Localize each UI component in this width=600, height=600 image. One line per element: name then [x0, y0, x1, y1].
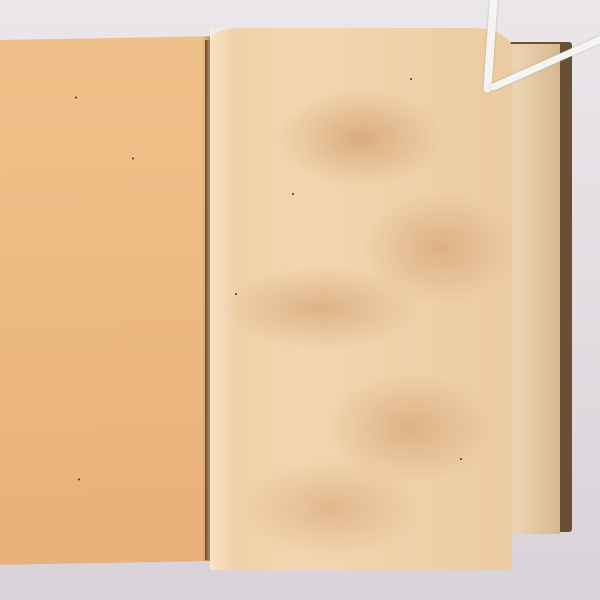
- book-photo: [0, 0, 600, 600]
- foxing-spot: [132, 157, 134, 159]
- foxing-spot: [292, 193, 294, 195]
- foxing-spot: [75, 96, 77, 98]
- foxing-spot: [235, 293, 237, 295]
- foxing-spot: [78, 478, 80, 480]
- right-page: [210, 28, 512, 570]
- foxing-spot: [460, 458, 462, 460]
- left-page: [0, 36, 210, 565]
- foxing-spot: [410, 78, 412, 80]
